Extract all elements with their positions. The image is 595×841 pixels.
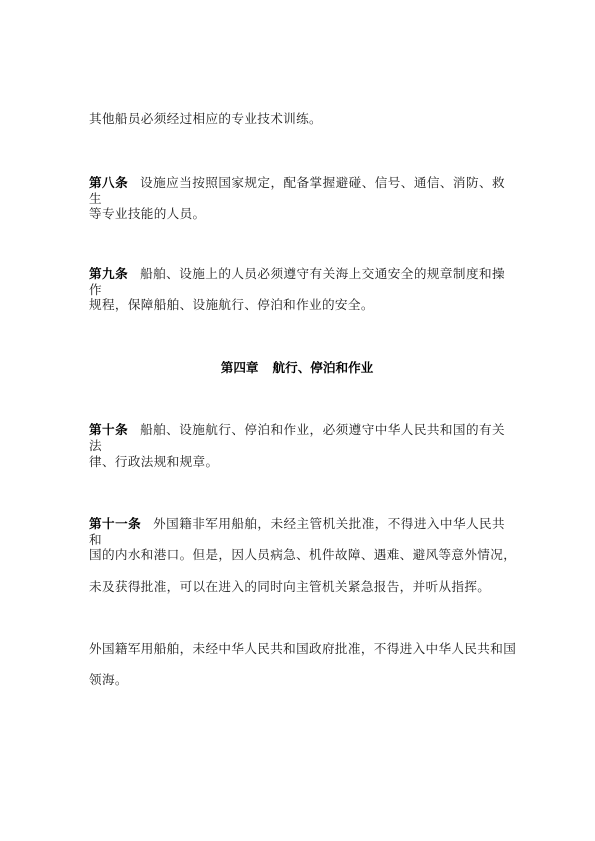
article-8-line-2: 等专业技能的人员。 bbox=[89, 206, 505, 222]
article-heading: 第八条 bbox=[89, 175, 128, 190]
article-11-line-2: 国的内水和港口。但是，因人员病急、机件故障、遇难、避风等意外情况， bbox=[89, 547, 505, 563]
chapter-title: 航行、停泊和作业 bbox=[273, 360, 374, 375]
paragraph-text: 外国籍军用船舶，未经中华人民共和国政府批准，不得进入中华人民共和国 bbox=[89, 641, 516, 656]
article-text: 船舶、设施航行、停泊和作业，必须遵守中华人民共和国的有关法 bbox=[89, 422, 505, 453]
article-8-line-1: 第八条设施应当按照国家规定，配备掌握避碰、信号、通信、消防、救生 bbox=[89, 175, 505, 207]
article-text: 律、行政法规和规章。 bbox=[89, 454, 218, 469]
article-text: 设施应当按照国家规定，配备掌握避碰、信号、通信、消防、救生 bbox=[89, 175, 505, 206]
article-text: 未及获得批准，可以在进入的同时向主管机关紧急报告，并听从指挥。 bbox=[89, 579, 490, 594]
article-text: 外国籍非军用船舶，未经主管机关批准，不得进入中华人民共和 bbox=[89, 516, 505, 547]
article-heading: 第九条 bbox=[89, 266, 128, 281]
chapter-heading: 第四章航行、停泊和作业 bbox=[89, 360, 505, 376]
article-text: 等专业技能的人员。 bbox=[89, 206, 206, 221]
article-11-line-3: 未及获得批准，可以在进入的同时向主管机关紧急报告，并听从指挥。 bbox=[89, 579, 505, 595]
article-10-line-2: 律、行政法规和规章。 bbox=[89, 454, 505, 470]
article-9-line-2: 规程，保障船舶、设施航行、停泊和作业的安全。 bbox=[89, 297, 505, 313]
paragraph-line: 领海。 bbox=[89, 672, 505, 688]
article-9-line-1: 第九条船舶、设施上的人员必须遵守有关海上交通安全的规章制度和操作 bbox=[89, 266, 505, 298]
article-10-line-1: 第十条船舶、设施航行、停泊和作业，必须遵守中华人民共和国的有关法 bbox=[89, 422, 505, 454]
paragraph-line: 其他船员必须经过相应的专业技术训练。 bbox=[89, 111, 505, 127]
paragraph-line: 外国籍军用船舶，未经中华人民共和国政府批准，不得进入中华人民共和国 bbox=[89, 641, 505, 657]
article-heading: 第十条 bbox=[89, 422, 128, 437]
article-11-line-1: 第十一条外国籍非军用船舶，未经主管机关批准，不得进入中华人民共和 bbox=[89, 516, 505, 548]
article-text: 规程，保障船舶、设施航行、停泊和作业的安全。 bbox=[89, 297, 374, 312]
paragraph-text: 领海。 bbox=[89, 672, 128, 687]
article-heading: 第十一条 bbox=[89, 516, 141, 531]
article-text: 国的内水和港口。但是，因人员病急、机件故障、遇难、避风等意外情况， bbox=[89, 547, 516, 562]
paragraph-text: 其他船员必须经过相应的专业技术训练。 bbox=[89, 111, 322, 126]
chapter-number: 第四章 bbox=[221, 360, 259, 375]
article-text: 船舶、设施上的人员必须遵守有关海上交通安全的规章制度和操作 bbox=[89, 266, 505, 297]
